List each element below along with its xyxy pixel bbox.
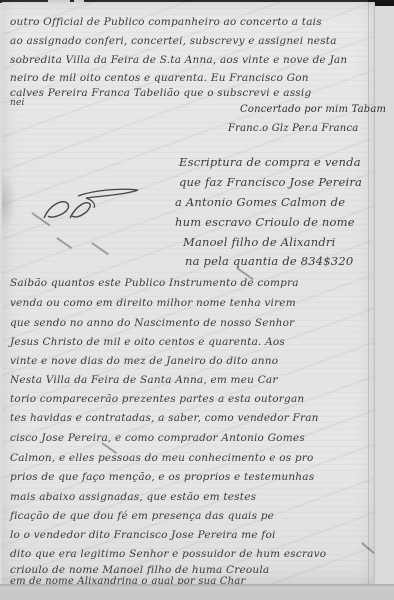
top-line: sobredita Villa da Feira de S.ta Anna, a… (10, 55, 347, 66)
heading-line: Manoel filho de Alixandri (183, 237, 335, 249)
top-line: calves Pereira Franca Tabelião que o sub… (10, 88, 311, 99)
heading-line: na pela quantia de 834$320 (185, 256, 353, 268)
body-line: crioulo de nome Manoel filho de huma Cre… (10, 565, 269, 576)
top-line: ao assignado conferi, concertei, subscre… (10, 36, 337, 47)
body-line: Saibão quantos este Publico Instrumento … (10, 278, 299, 289)
body-line: Nesta Villa da Feira de Santa Anna, em m… (10, 375, 278, 386)
body-line: prios de que faço menção, e os proprios … (10, 472, 314, 483)
margin-monogram-icon (42, 184, 142, 224)
body-line: vinte e nove dias do mez de Janeiro do d… (10, 356, 278, 367)
heading-line: que faz Francisco Jose Pereira (179, 177, 362, 189)
ink-bleed-mark (92, 242, 109, 255)
page-stain (2, 172, 16, 232)
manuscript-page: outro Official de Publico companheiro ao… (2, 2, 375, 584)
document-scan: outro Official de Publico companheiro ao… (0, 0, 394, 600)
notary-signature: Franc.o Glz Per.a Franca (228, 124, 358, 134)
body-line: ficação de que dou fé em presença das qu… (10, 511, 274, 522)
ink-bleed-mark (57, 237, 73, 249)
page-margin-line (368, 2, 369, 584)
body-line: tes havidas e contratadas, a saber, como… (10, 413, 319, 424)
top-line: neiro de mil oito centos e quarenta. Eu … (10, 73, 309, 84)
body-line: Jesus Christo de mil e oito centos e qua… (10, 337, 285, 348)
body-line: dito que era legitimo Senhor e possuidor… (10, 549, 326, 560)
page-edge-shadow (0, 584, 394, 587)
top-line: outro Official de Publico companheiro ao… (10, 17, 322, 28)
body-line: Calmon, e elles pessoas do meu conhecime… (10, 453, 314, 464)
body-line: que sendo no anno do Nascimento de nosso… (10, 318, 294, 329)
body-line: torio comparecerão prezentes partes a es… (10, 394, 304, 405)
body-line: cisco Jose Pereira, e como comprador Ant… (10, 433, 305, 444)
scan-bottom-edge (0, 584, 394, 600)
body-line: venda ou como em direito milhor nome ten… (10, 298, 296, 309)
concertado-note: Concertado por mim Tabam (240, 105, 386, 115)
body-line: lo o vendedor dito Francisco Jose Pereir… (10, 530, 276, 541)
body-line: mais abaixo assignadas, que estão em tes… (10, 492, 256, 503)
heading-line: a Antonio Gomes Calmon de (175, 197, 345, 209)
heading-line: hum escravo Crioulo de nome (175, 217, 355, 229)
top-line: nei (10, 99, 25, 108)
heading-line: Escriptura de compra e venda (179, 157, 361, 169)
